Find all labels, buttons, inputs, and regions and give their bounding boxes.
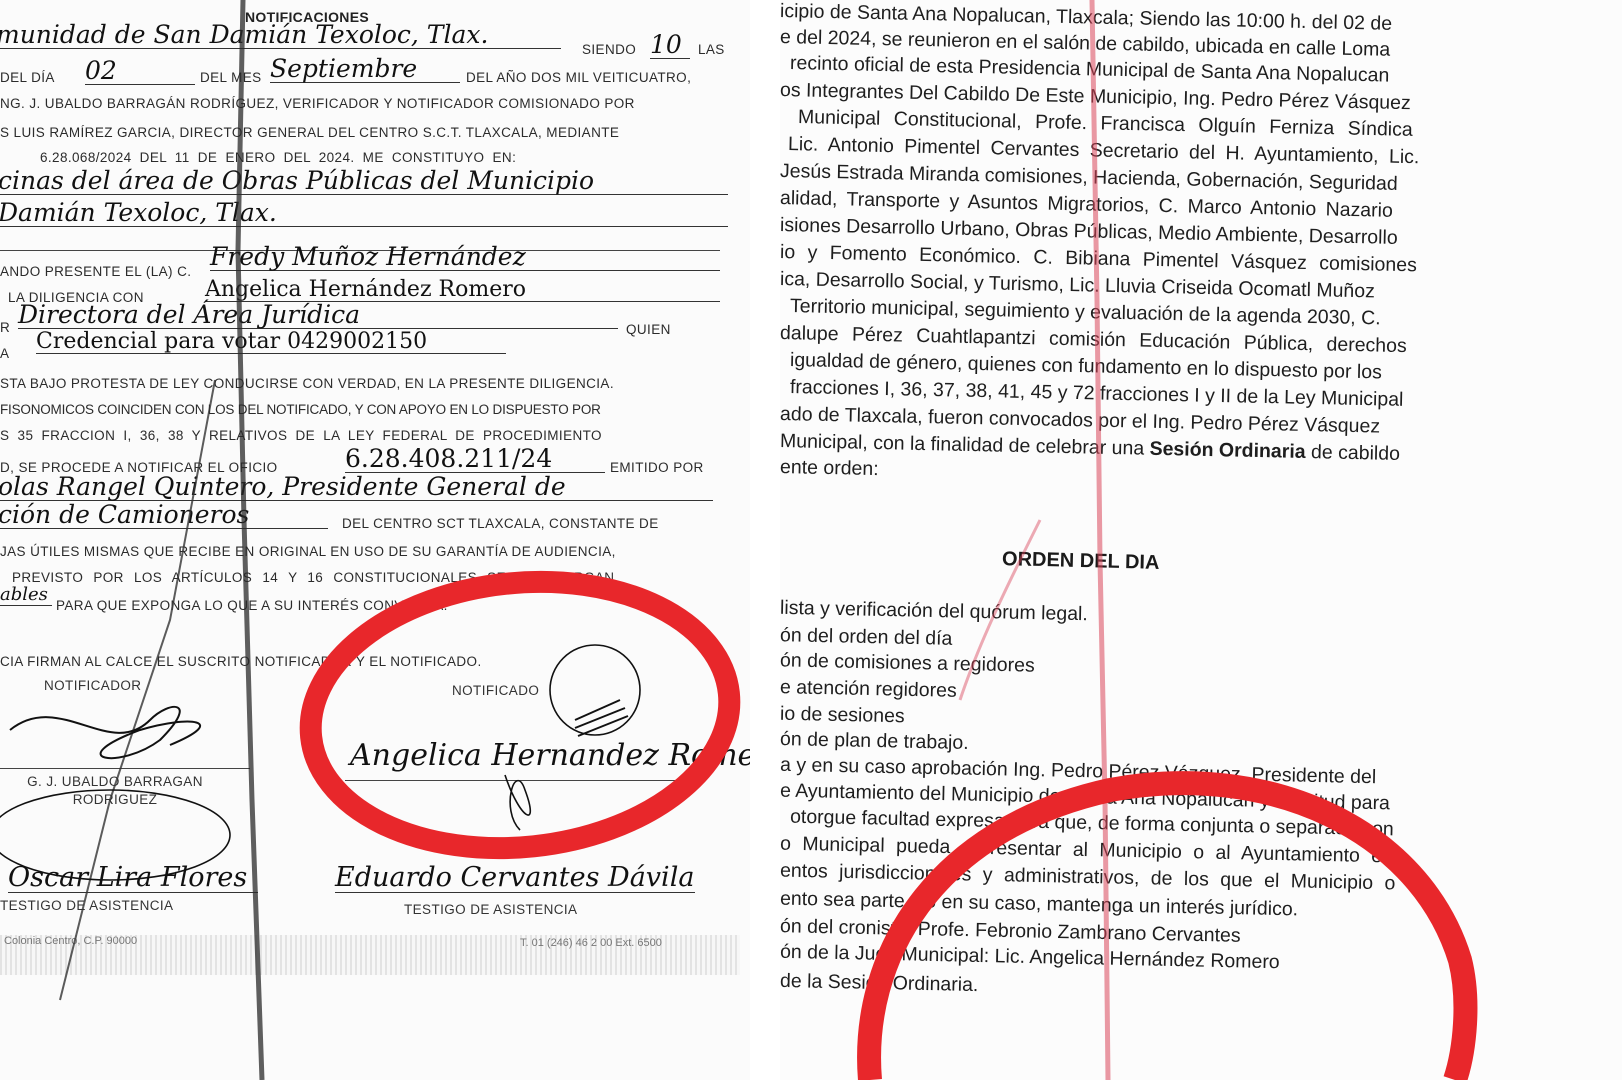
agenda-item: lista y verificación del quórum legal. [780,597,1088,626]
form-label: DEL AÑO DOS MIL VEITICUATRO, [466,70,691,85]
form-label: DEL DÍA [0,70,55,85]
footer-phone: T. 01 (246) 46 2 00 Ext. 6500 [520,937,662,949]
witness-left-label: TESTIGO DE ASISTENCIA [0,898,173,913]
notification-document: NOTIFICACIONES munidad de San Damián Tex… [0,0,750,1080]
agenda-item: ón de plan de trabajo. [780,728,969,755]
agenda-item: de la Sesión Ordinaria. [780,970,979,997]
form-line: PREVISTO POR LOS ARTÍCULOS 14 Y 16 CONST… [12,570,614,585]
footer-address: Colonia Centro, C.P. 90000 [4,935,137,947]
form-label: QUIEN [626,322,671,337]
form-label: R [0,320,10,335]
handwritten-attended-by: Angelica Hernández Romero [205,278,720,302]
form-label: EMITIDO POR [610,460,704,475]
agenda-item: ón de comisiones a regidores [780,649,1035,677]
handwritten-hour: 10 [650,32,690,59]
form-label: SIENDO [582,42,636,57]
paragraph-line: ente orden: [780,456,879,481]
form-line: CIA FIRMAN AL CALCE EL SUSCRITO NOTIFICA… [0,654,482,669]
form-line: STA BAJO PROTESTA DE LEY CONDUCIRSE CON … [0,376,614,391]
handwritten-days: ables [0,586,52,606]
form-line: NG. J. UBALDO BARRAGÁN RODRÍGUEZ, VERIFI… [0,96,635,111]
form-line: S LUIS RAMÍREZ GARCIA, DIRECTOR GENERAL … [0,125,619,140]
agenda-item: io de sesiones [780,703,905,729]
agenda-item: e atención regidores [780,676,957,703]
form-label: A [0,346,9,361]
notificador-label: NOTIFICADOR [44,678,141,693]
signature-line [345,780,685,781]
handwritten-oficio-number: 6.28.408.211/24 [345,446,605,473]
handwritten-position: Directora del Área Jurídica [18,302,618,329]
witness-left-signature: Oscar Lira Flores [8,864,258,893]
handwritten-day: 02 [85,58,195,85]
acta-document: icipio de Santa Ana Nopalucan, Tlaxcala;… [780,0,1622,1080]
handwritten-present-person: Fredy Muñoz Hernández [210,244,720,271]
form-label: DEL MES [200,70,262,85]
notificado-signature: Angelica Hernandez Romero [350,740,680,772]
form-line: JAS ÚTILES MISMAS QUE RECIBE EN ORIGINAL… [0,544,616,559]
notificador-name: G. J. UBALDO BARRAGAN RODRIGUEZ [0,773,230,809]
panel-gap [750,0,780,1080]
agenda-title: ORDEN DEL DIA [1002,548,1160,575]
form-label: DEL CENTRO SCT TLAXCALA, CONSTANTE DE [342,516,659,531]
handwritten-month: Septiembre [270,56,460,83]
handwritten-id: Credencial para votar 0429002150 [36,330,506,354]
form-label: ANDO PRESENTE EL (LA) C. [0,264,191,279]
agenda-item: ón del orden del día [780,624,953,651]
form-line: PARA QUE EXPONGA LO QUE A SU INTERÉS CON… [56,598,448,613]
handwritten-location: munidad de San Damián Texoloc, Tlax. [0,22,561,49]
witness-right-signature: Eduardo Cervantes Dávila [335,864,695,893]
form-line: S 35 FRACCION I, 36, 38 Y RELATIVOS DE L… [0,428,602,443]
signature-line [0,768,250,769]
form-line: 6.28.068/2024 DEL 11 DE ENERO DEL 2024. … [40,150,516,165]
handwritten-address-2: Damián Texoloc, Tlax. [0,200,728,227]
session-type-bold: Sesión Ordinaria [1149,438,1305,463]
form-label: LAS [698,42,725,57]
notificado-label: NOTIFICADO [452,683,539,698]
handwritten-address: cinas del área de Obras Públicas del Mun… [0,168,728,195]
handwritten-issuer: olas Rangel Quintero, Presidente General… [0,474,713,501]
handwritten-issuer-2: ción de Camioneros [0,502,328,529]
witness-right-label: TESTIGO DE ASISTENCIA [404,902,577,917]
form-line: FISONOMICOS COINCIDEN CON LOS DEL NOTIFI… [0,402,601,417]
